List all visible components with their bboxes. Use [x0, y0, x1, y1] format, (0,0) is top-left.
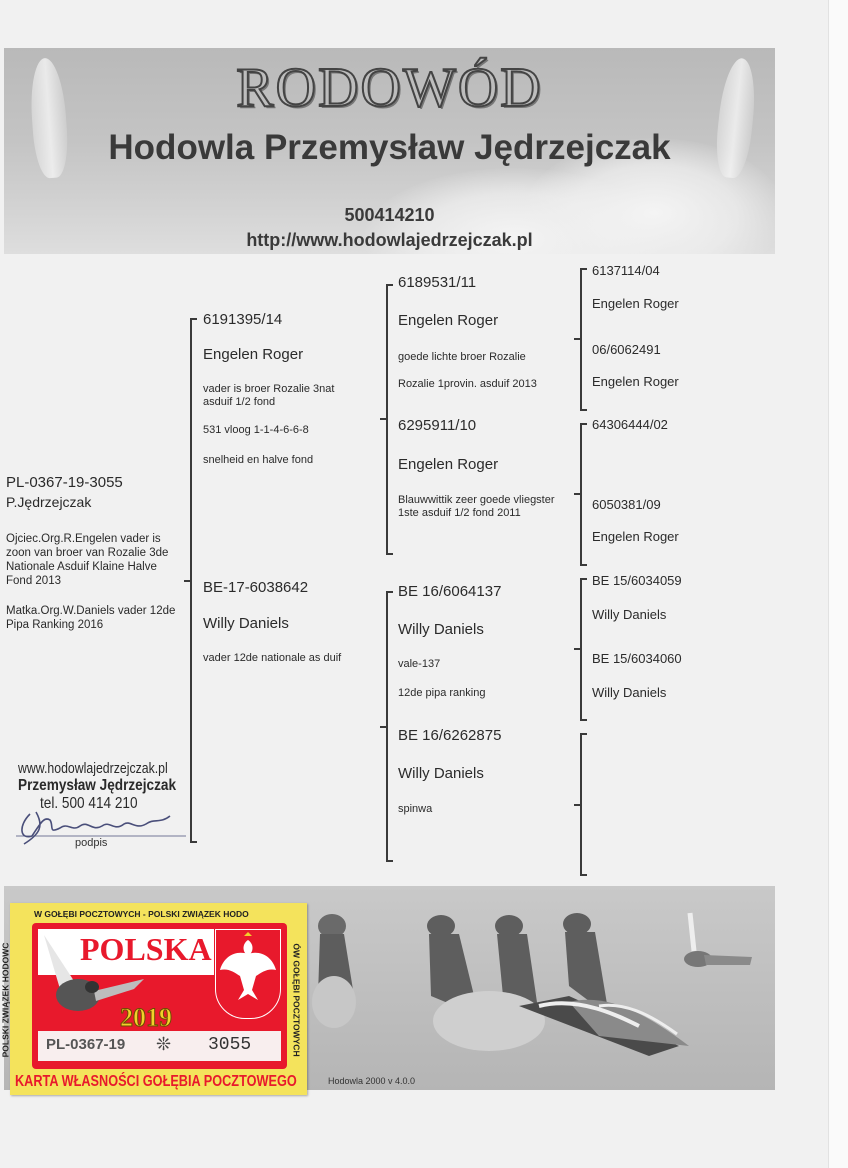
card-bottom-text: KARTA WŁASNOŚCI GOŁĘBIA POCZTOWEGO — [15, 1073, 297, 1091]
bracket-generation-2-dam — [386, 591, 388, 861]
grandparent-note: goede lichte broer Rozalie — [398, 351, 526, 364]
bracket-tick — [580, 564, 587, 566]
stamp-url: www.hodowlajedrzejczak.pl — [18, 760, 182, 777]
grandparent-breeder: Willy Daniels — [398, 765, 484, 782]
bracket-tick — [580, 733, 587, 735]
great-grandparent-breeder: Engelen Roger — [592, 529, 679, 544]
great-grandparent-breeder: Willy Daniels — [592, 685, 666, 700]
grandparent-breeder: Willy Daniels — [398, 621, 484, 638]
card-code: PL-0367-19 — [46, 1036, 125, 1053]
bracket-tick — [184, 580, 190, 582]
great-grandparent-ring: 64306444/02 — [592, 417, 668, 432]
bracket-tick — [386, 591, 393, 593]
pigeon-icon — [304, 906, 364, 1046]
dam-breeder: Willy Daniels — [203, 615, 289, 632]
grandparent-ring: 6189531/11 — [398, 274, 476, 291]
card-left-text: POLSKI ZWIĄZEK HODOWC — [0, 943, 10, 1058]
dam-ring: BE-17-6038642 — [203, 579, 308, 596]
flying-pigeon-icon — [674, 911, 754, 981]
bracket-generation-3 — [580, 578, 582, 720]
subject-note-mother: Matka.Org.W.Daniels vader 12de Pipa Rank… — [6, 604, 186, 632]
bracket-tick — [190, 841, 197, 843]
bracket-tick — [580, 268, 587, 270]
bracket-tick — [386, 553, 393, 555]
bracket-tick — [380, 726, 386, 728]
dam-note: vader 12de nationale as duif — [203, 652, 341, 665]
great-grandparent-ring: BE 15/6034059 — [592, 573, 682, 588]
great-grandparent-ring: 06/6062491 — [592, 342, 661, 357]
grandparent-note: Rozalie 1provin. asduif 2013 — [398, 378, 537, 391]
ownership-card: W GOŁĘBI POCZTOWYCH - POLSKI ZWIĄZEK HOD… — [10, 903, 307, 1095]
card-top-text: W GOŁĘBI POCZTOWYCH - POLSKI ZWIĄZEK HOD… — [34, 909, 249, 919]
eagle-icon — [216, 930, 280, 1010]
page-edge — [828, 0, 848, 1168]
bracket-generation-2-sire — [386, 284, 388, 554]
grandparent-ring: BE 16/6064137 — [398, 583, 501, 600]
subject-ring: PL-0367-19-3055 — [6, 474, 123, 491]
grandparent-note: Blauwwittik zeer goede vliegster 1ste as… — [398, 494, 568, 520]
sire-ring: 6191395/14 — [203, 311, 282, 328]
sire-breeder: Engelen Roger — [203, 346, 303, 363]
bracket-tick — [580, 578, 587, 580]
polish-eagle-emblem — [215, 929, 281, 1019]
sire-note: 531 vloog 1-1-4-6-6-8 — [203, 424, 309, 437]
grandparent-breeder: Engelen Roger — [398, 312, 498, 329]
great-grandparent-ring: 6050381/09 — [592, 497, 661, 512]
header-banner: RODOWÓD Hodowla Przemysław Jędrzejczak 5… — [4, 48, 775, 254]
card-number-band: PL-0367-19 ❊ 3055 — [38, 1031, 281, 1061]
bracket-tick — [580, 719, 587, 721]
page-title: RODOWÓD — [4, 56, 775, 120]
card-year: 2019 — [120, 1003, 172, 1033]
grandparent-ring: BE 16/6262875 — [398, 727, 501, 744]
great-grandparent-ring: 6137114/04 — [592, 263, 660, 278]
breeder-name: Hodowla Przemysław Jędrzejczak — [4, 128, 775, 168]
bracket-tick — [386, 860, 393, 862]
grandparent-ring: 6295911/10 — [398, 417, 476, 434]
signature-label: podpis — [75, 837, 107, 849]
bracket-generation-3 — [580, 268, 582, 410]
great-grandparent-ring: BE 15/6034060 — [592, 651, 682, 666]
great-grandparent-breeder: Engelen Roger — [592, 296, 679, 311]
bracket-tick — [580, 874, 587, 876]
bracket-tick — [580, 409, 587, 411]
bracket-generation-3 — [580, 733, 582, 875]
software-caption: Hodowla 2000 v 4.0.0 — [328, 1076, 415, 1086]
grandparent-note: 12de pipa ranking — [398, 687, 485, 700]
bracket-tick — [574, 493, 580, 495]
card-star-icon: ❊ — [156, 1034, 171, 1055]
bracket-tick — [574, 338, 580, 340]
great-grandparent-breeder: Willy Daniels — [592, 607, 666, 622]
header-phone: 500414210 — [4, 205, 775, 226]
card-serial: 3055 — [208, 1035, 251, 1055]
bracket-generation-3 — [580, 423, 582, 565]
great-grandparent-breeder: Engelen Roger — [592, 374, 679, 389]
sire-note: vader is broer Rozalie 3nat asduif 1/2 f… — [203, 383, 358, 409]
bracket-tick — [574, 648, 580, 650]
stamp-name: Przemysław Jędrzejczak — [18, 777, 188, 795]
grandparent-breeder: Engelen Roger — [398, 456, 498, 473]
header-url[interactable]: http://www.hodowlajedrzejczak.pl — [4, 230, 775, 251]
bracket-tick — [574, 804, 580, 806]
grandparent-note: vale-137 — [398, 658, 440, 671]
subject-owner: P.Jędrzejczak — [6, 494, 91, 510]
sire-note: snelheid en halve fond — [203, 454, 313, 467]
subject-note-father: Ojciec.Org.R.Engelen vader is zoon van b… — [6, 532, 186, 588]
card-red-panel: POLSKA 2019 PL-0367-19 ❊ 3055 — [32, 923, 287, 1069]
bracket-tick — [190, 318, 197, 320]
grandparent-note: spinwa — [398, 803, 432, 816]
bracket-tick — [386, 284, 393, 286]
card-right-text: ÓW GOŁĘBI POCZTOWYCH — [292, 943, 302, 1056]
bracket-tick — [380, 418, 386, 420]
bracket-tick — [580, 423, 587, 425]
